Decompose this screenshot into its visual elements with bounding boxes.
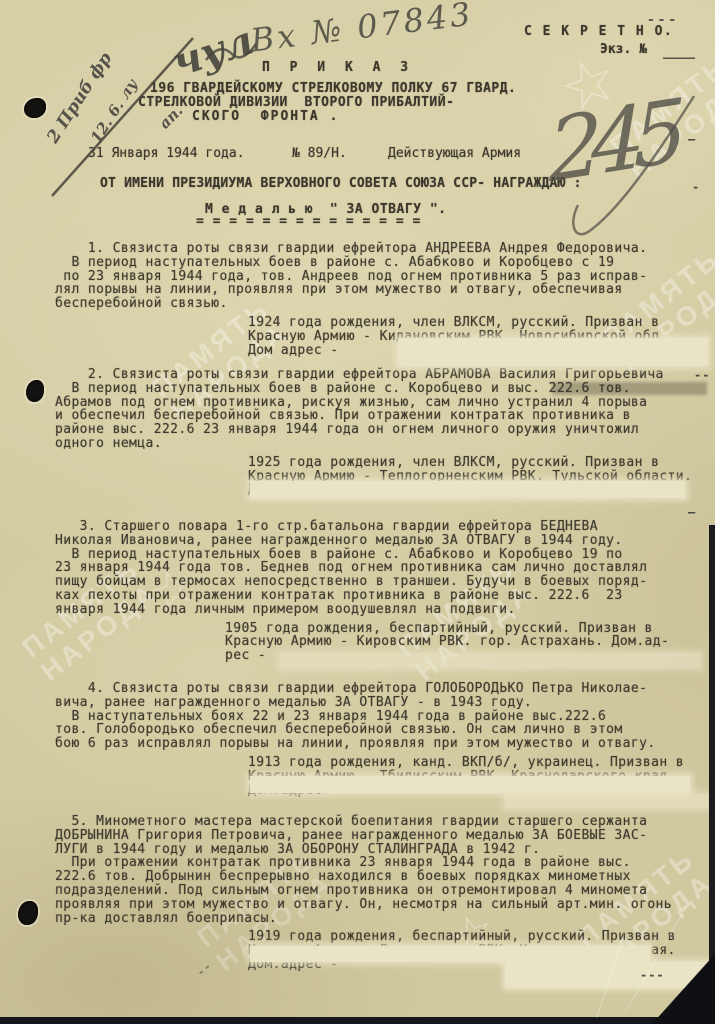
order-text-line: подразделений. Под сильным огнем противн… (55, 884, 715, 898)
order-text-line: вича, ранее награжденного медалью ЗА ОТВ… (55, 696, 715, 710)
order-text-line: Николая Ивановича, ранее награжденного м… (55, 534, 715, 548)
order-text-line: проявляя при этом мужество и отвагу. Он,… (55, 898, 715, 912)
recipient-info-line: 1925 года рождения, член ВЛКСМ, русский.… (248, 456, 715, 470)
corner-squiggle-note: чул (167, 17, 259, 87)
recipient-info-line: 1913 года рождения, канд. ВКП/б/, украин… (248, 756, 715, 770)
order-text-line: 2. Связиста роты связи гвардии ефрейтора… (55, 368, 715, 382)
order-text-line: 4. Связиста роты связи гвардии ефрейтора… (55, 682, 715, 696)
recipient-info-line: 1905 года рождения, беспартийный, русски… (225, 622, 715, 636)
pencil-edge-mark: -- (694, 368, 710, 382)
order-text-line: ках пехоты при отражении контратак проти… (55, 589, 715, 603)
pencil-edge-mark: - (692, 180, 700, 194)
order-title-line3: СТРЕЛКОВОЙ ДИВИЗИИ ВТОРОГО ПРИБАЛТИЙ- (138, 95, 454, 110)
order-number: № 89/Н. (292, 146, 347, 161)
order-text-line: бою 6 раз исправлял порывы на линии, про… (55, 737, 715, 751)
order-text-line: В период наступательных боев в районе с.… (55, 256, 715, 270)
redaction-box (280, 653, 700, 668)
preamble-line: ОТ ИМЕНИ ПРЕЗИДИУМА ВЕРХОВНОГО СОВЕТА СО… (100, 176, 582, 191)
order-text-line: 1. Связиста роты связи гвардии ефрейтора… (55, 242, 715, 256)
page-number-note: 245 (548, 81, 676, 202)
paper-hole (26, 380, 44, 402)
redaction-box (250, 776, 690, 793)
order-text-line: районе выс. 222.6 23 января 1944 года он… (55, 423, 715, 437)
incoming-number-note: Вх № 07843 (249, 0, 476, 60)
overstrike-smudge (552, 382, 707, 395)
order-text-line: января 1944 года личным примером воодуше… (55, 603, 715, 617)
recipient-info-line: 1924 года рождения, член ВЛКСМ, русский.… (248, 316, 715, 330)
order-text-line: ДОБРЫНИНА Григория Петровича, ранее нагр… (55, 829, 715, 843)
order-title-line4: СКОГО ФРОНТА . (192, 109, 339, 124)
pencil-edge-mark: — (688, 132, 696, 146)
redaction-box (250, 481, 685, 498)
order-date: 31 Января 1944 года. (88, 146, 245, 161)
order-text-line: пищу бойцам в термосах непосредственно в… (55, 575, 715, 589)
redaction-box (505, 794, 708, 808)
redaction-box (398, 338, 708, 366)
recipient-info-line: 1919 года рождения, беспартийный, русски… (248, 930, 715, 944)
redaction-box (250, 946, 650, 962)
order-item-3: 3. Старшего повара 1-го стр.батальона гв… (55, 520, 715, 663)
paper-hole (24, 98, 46, 118)
pencil-underline: ____ (663, 40, 695, 59)
army-label: Действующая Армия (388, 146, 521, 161)
copy-number-label: Экз. № (600, 42, 647, 57)
order-text-line: пр-ка доставлял боеприпасы. (55, 912, 715, 926)
order-text-line: бесперебойной связью. (55, 297, 715, 311)
order-text-line: 222.6 тов. Добрынин беспрерывно находилс… (55, 870, 715, 884)
scan-edge-bottom (0, 1017, 715, 1024)
order-text-line: В период наступательных боев в районе с.… (55, 548, 715, 562)
pencil-edge-mark: — (688, 505, 696, 519)
order-text-line: 5. Минометного мастера мастерской боепит… (55, 815, 715, 829)
order-word: П Р И К А З (262, 60, 414, 75)
order-text-line: одного немца. (55, 437, 715, 451)
paper-hole (18, 901, 38, 925)
order-title-line2: 196 ГВАРДЕЙСКОМУ СТРЕЛКОВОМУ ПОЛКУ 67 ГВ… (150, 81, 516, 96)
pencil-dashes: - - - (648, 12, 675, 28)
order-text-line: 3. Старшего повара 1-го стр.батальона гв… (55, 520, 715, 534)
scanned-order-page: ☆ ☆ ☆ ПАМЯТЬНАРОДА ПАМЯТЬНАРОДА ПАМЯТЬНА… (0, 0, 715, 1024)
scan-edge-right (709, 525, 715, 1024)
award-underline: = = = = = = = = = = = = = = (196, 214, 421, 229)
recipient-info-line: Красную Армию - Кировским РВК. гор. Астр… (225, 635, 715, 649)
